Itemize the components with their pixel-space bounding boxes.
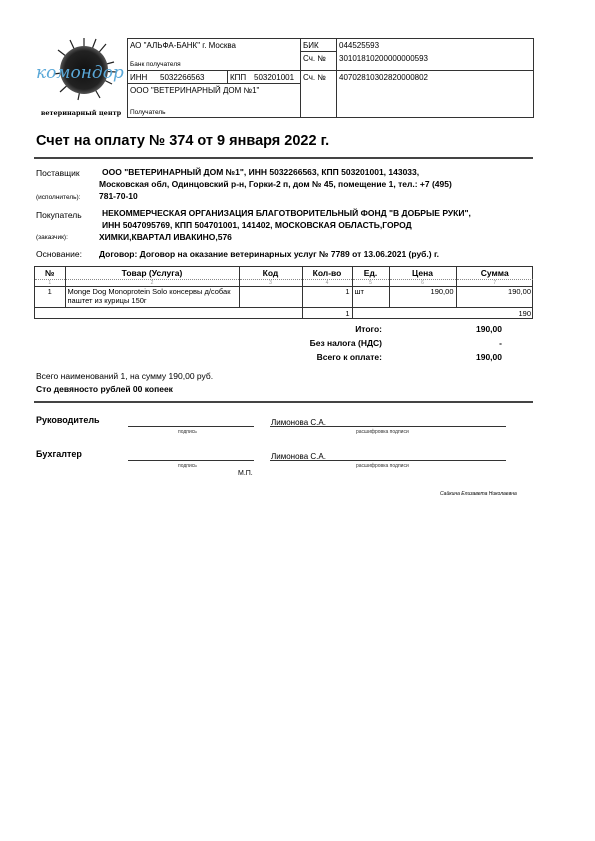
supplier-details: ООО "ВЕТЕРИНАРНЫЙ ДОМ №1", ИНН 503226656… — [99, 166, 452, 202]
row-num: 1 — [35, 287, 65, 308]
supplier-sublabel: (исполнитель): — [36, 194, 81, 201]
prepared-by: Сайкина Елизавета Николаевна — [440, 491, 517, 497]
header-price: Цена — [389, 267, 456, 280]
bik-label: БИК — [303, 41, 319, 50]
items-table: № Товар (Услуга) Код Кол-во Ед. Цена Сум… — [34, 266, 533, 319]
bank-details-table: АО "АЛЬФА-БАНК" г. Москва Банк получател… — [127, 38, 534, 118]
buyer-sublabel: (заказчик): — [36, 234, 68, 241]
total-sum: 190 — [352, 308, 533, 319]
basis-value: Договор: Договор на оказание ветеринарны… — [99, 248, 439, 260]
summary-divider — [34, 401, 533, 403]
kpp-value: 503201001 — [254, 73, 294, 82]
invoice-title: Счет на оплату № 374 от 9 января 2022 г. — [36, 133, 329, 149]
subtotal-label: Итого: — [182, 324, 382, 338]
total-due-value: 190,00 — [422, 352, 502, 366]
inn-value: 5032266563 — [160, 73, 205, 82]
vat-label: Без налога (НДС) — [182, 338, 382, 352]
row-sum: 190,00 — [456, 287, 533, 308]
header-sum: Сумма — [456, 267, 533, 280]
corr-account-value: 30101810200000000593 — [339, 54, 428, 63]
account-value: 40702810302820000802 — [339, 73, 428, 82]
supplier-label: Поставщик — [36, 168, 80, 178]
row-code — [239, 287, 302, 308]
row-product: Monge Dog Monoprotein Solo консервы д/со… — [65, 287, 239, 308]
account-label: Сч. № — [303, 73, 326, 82]
summary-count: Всего наименований 1, на сумму 190,00 ру… — [36, 371, 213, 381]
row-price: 190,00 — [389, 287, 456, 308]
table-header-row: № Товар (Услуга) Код Кол-во Ед. Цена Сум… — [35, 267, 533, 280]
recipient-name: ООО "ВЕТЕРИНАРНЫЙ ДОМ №1" — [130, 86, 259, 95]
stamp-placeholder: М.П. — [238, 470, 253, 477]
subtotal-value: 190,00 — [422, 324, 502, 338]
total-qty: 1 — [302, 308, 352, 319]
bank-name: АО "АЛЬФА-БАНК" г. Москва — [130, 41, 236, 50]
accountant-label: Бухгалтер — [36, 449, 82, 459]
vat-value: - — [422, 338, 502, 352]
row-unit: шт — [352, 287, 389, 308]
table-row: 1 Monge Dog Monoprotein Solo консервы д/… — [35, 287, 533, 308]
bik-value: 044525593 — [339, 41, 379, 50]
logo-subtitle: ветеринарный центр — [34, 109, 128, 117]
header-unit: Ед. — [352, 267, 389, 280]
header-code: Код — [239, 267, 302, 280]
director-sign-line — [128, 426, 254, 427]
total-due-label: Всего к оплате: — [182, 352, 382, 366]
basis-label: Основание: — [36, 249, 82, 259]
row-qty: 1 — [302, 287, 352, 308]
inn-label: ИНН — [130, 73, 147, 82]
summary-words: Сто девяносто рублей 00 копеек — [36, 384, 173, 394]
director-label: Руководитель — [36, 415, 100, 425]
buyer-label: Покупатель — [36, 210, 82, 220]
header-num: № — [35, 267, 65, 280]
title-divider — [34, 157, 533, 159]
svg-text:комондор: комондор — [36, 63, 124, 83]
header-product: Товар (Услуга) — [65, 267, 239, 280]
recipient-label: Получатель — [130, 109, 166, 116]
kpp-label: КПП — [230, 73, 246, 82]
buyer-details: НЕКОММЕРЧЕСКАЯ ОРГАНИЗАЦИЯ БЛАГОТВОРИТЕЛ… — [99, 207, 471, 243]
column-numbers-row: 1 2 3 4 5 6 7 — [35, 280, 533, 287]
bank-label: Банк получателя — [130, 61, 181, 68]
header-qty: Кол-во — [302, 267, 352, 280]
logo-fur-icon: комондор — [34, 36, 128, 102]
company-logo: комондор ветеринарный центр — [34, 36, 128, 114]
accountant-sign-line — [128, 460, 254, 461]
totals-block: Итого:190,00 Без налога (НДС)- Всего к о… — [182, 324, 502, 366]
corr-account-label: Сч. № — [303, 54, 326, 63]
table-total-row: 1 190 — [35, 308, 533, 319]
